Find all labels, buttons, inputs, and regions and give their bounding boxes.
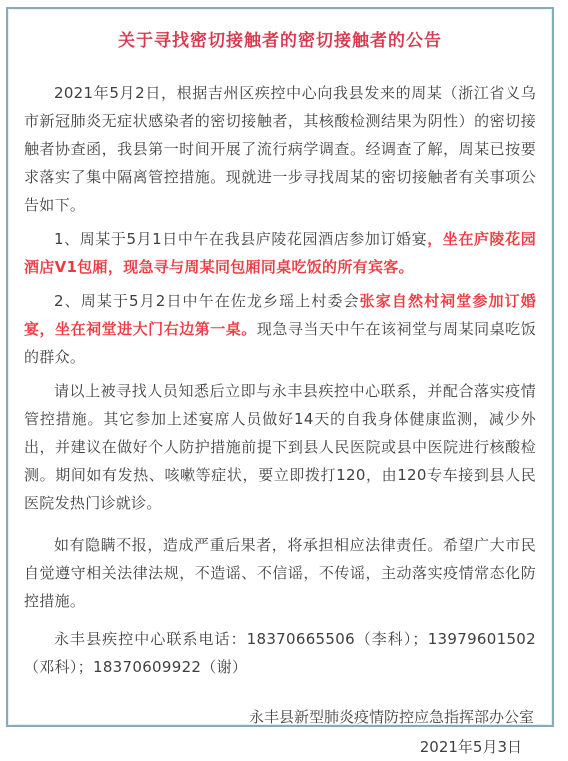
event-item-1-text: 1、周某于5月1日中午在我县庐陵花园酒店参加订婚宴 — [54, 230, 427, 248]
legal-paragraph: 如有隐瞒不报，造成严重后果者，将承担相应法律责任。希望广大市民自觉遵守相关法律法… — [24, 531, 536, 615]
contact-phones: 永丰县疾控中心联系电话：18370665506（李科）；13979601502（… — [24, 625, 536, 650]
event-item-1: 1、周某于5月1日中午在我县庐陵花园酒店参加订婚宴，坐在庐陵花园酒店V1包厢，现… — [24, 225, 536, 281]
guidance-paragraph: 请以上被寻找人员知悉后立即与永丰县疾控中心联系，并配合落实疫情管控措施。其它参加… — [24, 377, 536, 517]
event-item-2: 2、周某于5月2日中午在佐龙乡瑶上村委会张家自然村祠堂参加订婚宴，坐在祠堂进大门… — [24, 287, 536, 371]
notice-title: 关于寻找密切接触者的密切接触者的公告 — [24, 29, 536, 53]
notice-document: 关于寻找密切接触者的密切接触者的公告 2021年5月2日，根据吉州区疾控中心向我… — [6, 7, 554, 650]
event-item-2-text-start: 2、周某于5月2日中午在佐龙乡瑶上村委会 — [54, 292, 360, 310]
intro-paragraph: 2021年5月2日，根据吉州区疾控中心向我县发来的周某（浙江省义乌市新冠肺炎无症… — [24, 79, 536, 219]
